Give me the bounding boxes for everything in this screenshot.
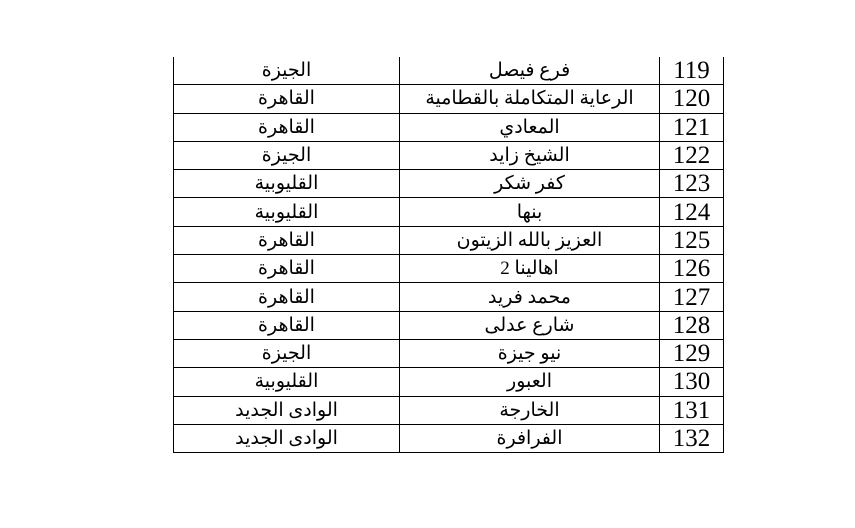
table-row: 124 بنها القليوبية	[174, 198, 724, 226]
cell-number: 124	[660, 198, 724, 226]
cell-branch: العزيز بالله الزيتون	[400, 226, 660, 254]
cell-number: 122	[660, 141, 724, 169]
cell-branch: نيو جيزة	[400, 339, 660, 367]
branches-table-body: 119 فرع فيصل الجيزة 120 الرعاية المتكامل…	[174, 57, 724, 453]
table-row: 129 نيو جيزة الجيزة	[174, 339, 724, 367]
cell-governorate: القاهرة	[174, 113, 400, 141]
cell-governorate: الوادى الجديد	[174, 424, 400, 452]
cell-governorate: الجيزة	[174, 57, 400, 85]
cell-number: 123	[660, 170, 724, 198]
cell-branch: اهالينا 2	[400, 255, 660, 283]
table-row: 132 الفرافرة الوادى الجديد	[174, 424, 724, 452]
cell-branch: الفرافرة	[400, 424, 660, 452]
table-row: 128 شارع عدلى القاهرة	[174, 311, 724, 339]
cell-governorate: القليوبية	[174, 368, 400, 396]
cell-branch: العبور	[400, 368, 660, 396]
cell-number: 130	[660, 368, 724, 396]
cell-number: 120	[660, 85, 724, 113]
cell-number: 129	[660, 339, 724, 367]
cell-governorate: القاهرة	[174, 283, 400, 311]
cell-governorate: الجيزة	[174, 339, 400, 367]
cell-branch: الشيخ زايد	[400, 141, 660, 169]
table-row: 130 العبور القليوبية	[174, 368, 724, 396]
cell-branch: فرع فيصل	[400, 57, 660, 85]
cell-branch: شارع عدلى	[400, 311, 660, 339]
cell-branch: الرعاية المتكاملة بالقطامية	[400, 85, 660, 113]
cell-governorate: القليوبية	[174, 170, 400, 198]
cell-governorate: الوادى الجديد	[174, 396, 400, 424]
table-row: 127 محمد فريد القاهرة	[174, 283, 724, 311]
cell-number: 119	[660, 57, 724, 85]
cell-number: 127	[660, 283, 724, 311]
cell-number: 132	[660, 424, 724, 452]
cell-number: 126	[660, 255, 724, 283]
table-row: 131 الخارجة الوادى الجديد	[174, 396, 724, 424]
cell-number: 131	[660, 396, 724, 424]
cell-governorate: الجيزة	[174, 141, 400, 169]
cell-governorate: القاهرة	[174, 311, 400, 339]
cell-branch: المعادي	[400, 113, 660, 141]
cell-branch: بنها	[400, 198, 660, 226]
cell-branch: الخارجة	[400, 396, 660, 424]
cell-governorate: القاهرة	[174, 226, 400, 254]
cell-number: 128	[660, 311, 724, 339]
table-row: 125 العزيز بالله الزيتون القاهرة	[174, 226, 724, 254]
cell-number: 125	[660, 226, 724, 254]
table-row: 121 المعادي القاهرة	[174, 113, 724, 141]
table-row: 119 فرع فيصل الجيزة	[174, 57, 724, 85]
cell-governorate: القاهرة	[174, 85, 400, 113]
cell-governorate: القاهرة	[174, 255, 400, 283]
table-row: 122 الشيخ زايد الجيزة	[174, 141, 724, 169]
cell-number: 121	[660, 113, 724, 141]
table-row: 123 كفر شكر القليوبية	[174, 170, 724, 198]
branches-table: 119 فرع فيصل الجيزة 120 الرعاية المتكامل…	[173, 57, 724, 453]
cell-branch: كفر شكر	[400, 170, 660, 198]
table-row: 120 الرعاية المتكاملة بالقطامية القاهرة	[174, 85, 724, 113]
cell-governorate: القليوبية	[174, 198, 400, 226]
cell-branch: محمد فريد	[400, 283, 660, 311]
document-page: 119 فرع فيصل الجيزة 120 الرعاية المتكامل…	[0, 0, 855, 528]
table-row: 126 اهالينا 2 القاهرة	[174, 255, 724, 283]
